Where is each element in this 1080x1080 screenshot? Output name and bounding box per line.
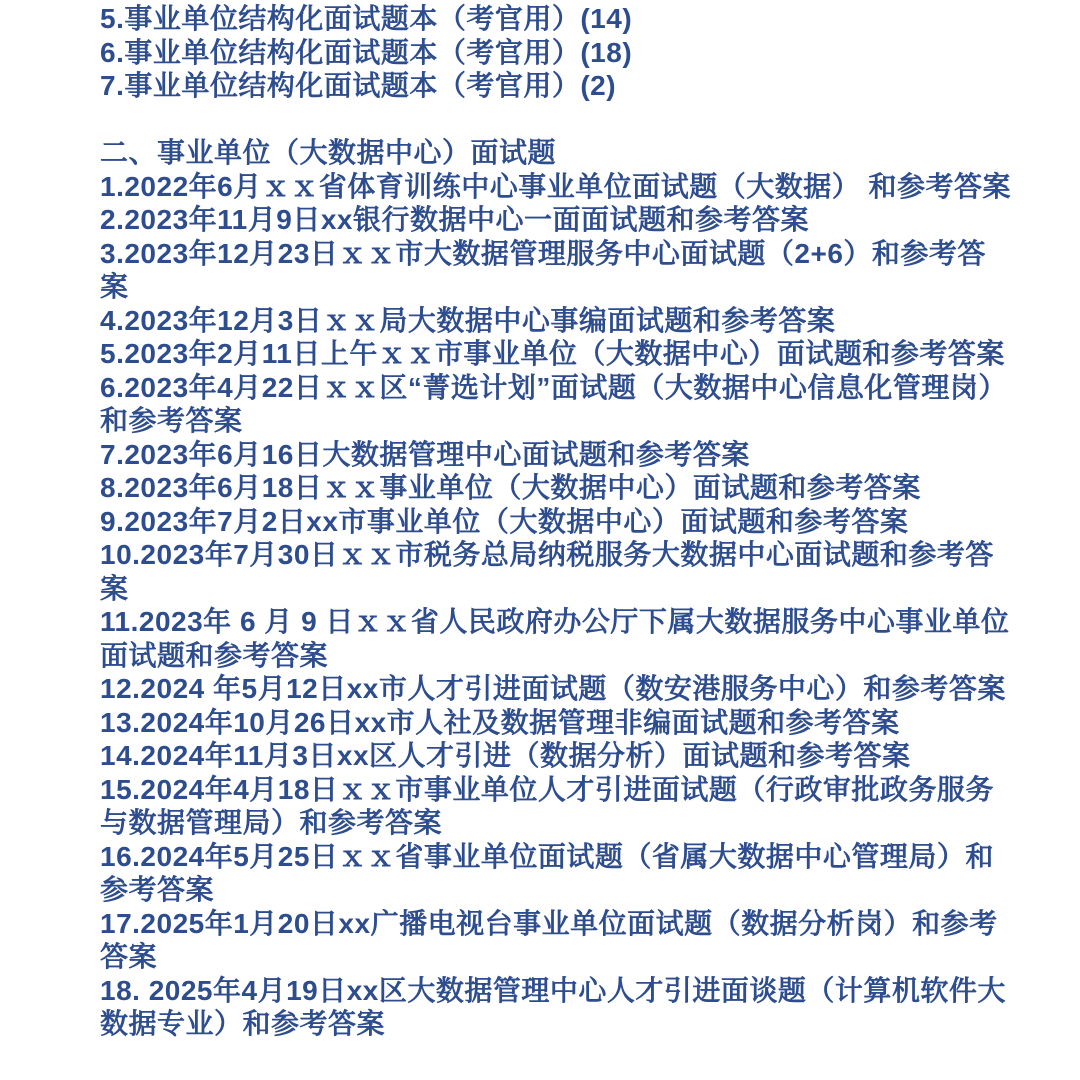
list-item: 7.事业单位结构化面试题本（考官用）(2) bbox=[100, 69, 1012, 103]
list-item: 9.2023年7月2日xx市事业单位（大数据中心）面试题和参考答案 bbox=[100, 505, 1012, 539]
list-item: 16.2024年5月25日ｘｘ省事业单位面试题（省属大数据中心管理局）和参考答案 bbox=[100, 840, 1012, 907]
section-list: 1.2022年6月ｘｘ省体育训练中心事业单位面试题（大数据） 和参考答案 2.2… bbox=[100, 170, 1012, 1041]
list-item: 2.2023年11月9日xx银行数据中心一面面试题和参考答案 bbox=[100, 203, 1012, 237]
list-item: 12.2024 年5月12日xx市人才引进面试题（数安港服务中心）和参考答案 bbox=[100, 672, 1012, 706]
list-item: 1.2022年6月ｘｘ省体育训练中心事业单位面试题（大数据） 和参考答案 bbox=[100, 170, 1012, 204]
document-page: 5.事业单位结构化面试题本（考官用）(14) 6.事业单位结构化面试题本（考官用… bbox=[0, 0, 1080, 1080]
list-item: 6.事业单位结构化面试题本（考官用）(18) bbox=[100, 36, 1012, 70]
list-item: 6.2023年4月22日ｘｘ区“菁选计划”面试题（大数据中心信息化管理岗）和参考… bbox=[100, 371, 1012, 438]
list-item: 18. 2025年4月19日xx区大数据管理中心人才引进面谈题（计算机软件大数据… bbox=[100, 974, 1012, 1041]
list-item: 8.2023年6月18日ｘｘ事业单位（大数据中心）面试题和参考答案 bbox=[100, 471, 1012, 505]
list-item: 10.2023年7月30日ｘｘ市税务总局纳税服务大数据中心面试题和参考答案 bbox=[100, 538, 1012, 605]
list-item: 3.2023年12月23日ｘｘ市大数据管理服务中心面试题（2+6）和参考答案 bbox=[100, 237, 1012, 304]
list-item: 4.2023年12月3日ｘｘ局大数据中心事编面试题和参考答案 bbox=[100, 304, 1012, 338]
blank-line bbox=[100, 103, 1012, 137]
list-item: 11.2023年 6 月 9 日ｘｘ省人民政府办公厅下属大数据服务中心事业单位面… bbox=[100, 605, 1012, 672]
list-item: 15.2024年4月18日ｘｘ市事业单位人才引进面试题（行政审批政务服务与数据管… bbox=[100, 773, 1012, 840]
list-item: 5.2023年2月11日上午ｘｘ市事业单位（大数据中心）面试题和参考答案 bbox=[100, 337, 1012, 371]
list-item: 13.2024年10月26日xx市人社及数据管理非编面试题和参考答案 bbox=[100, 706, 1012, 740]
list-item: 7.2023年6月16日大数据管理中心面试题和参考答案 bbox=[100, 438, 1012, 472]
section-heading: 二、事业单位（大数据中心）面试题 bbox=[100, 136, 1012, 170]
list-item: 14.2024年11月3日xx区人才引进（数据分析）面试题和参考答案 bbox=[100, 739, 1012, 773]
top-list: 5.事业单位结构化面试题本（考官用）(14) 6.事业单位结构化面试题本（考官用… bbox=[100, 2, 1012, 103]
list-item: 5.事业单位结构化面试题本（考官用）(14) bbox=[100, 2, 1012, 36]
list-item: 17.2025年1月20日xx广播电视台事业单位面试题（数据分析岗）和参考答案 bbox=[100, 907, 1012, 974]
